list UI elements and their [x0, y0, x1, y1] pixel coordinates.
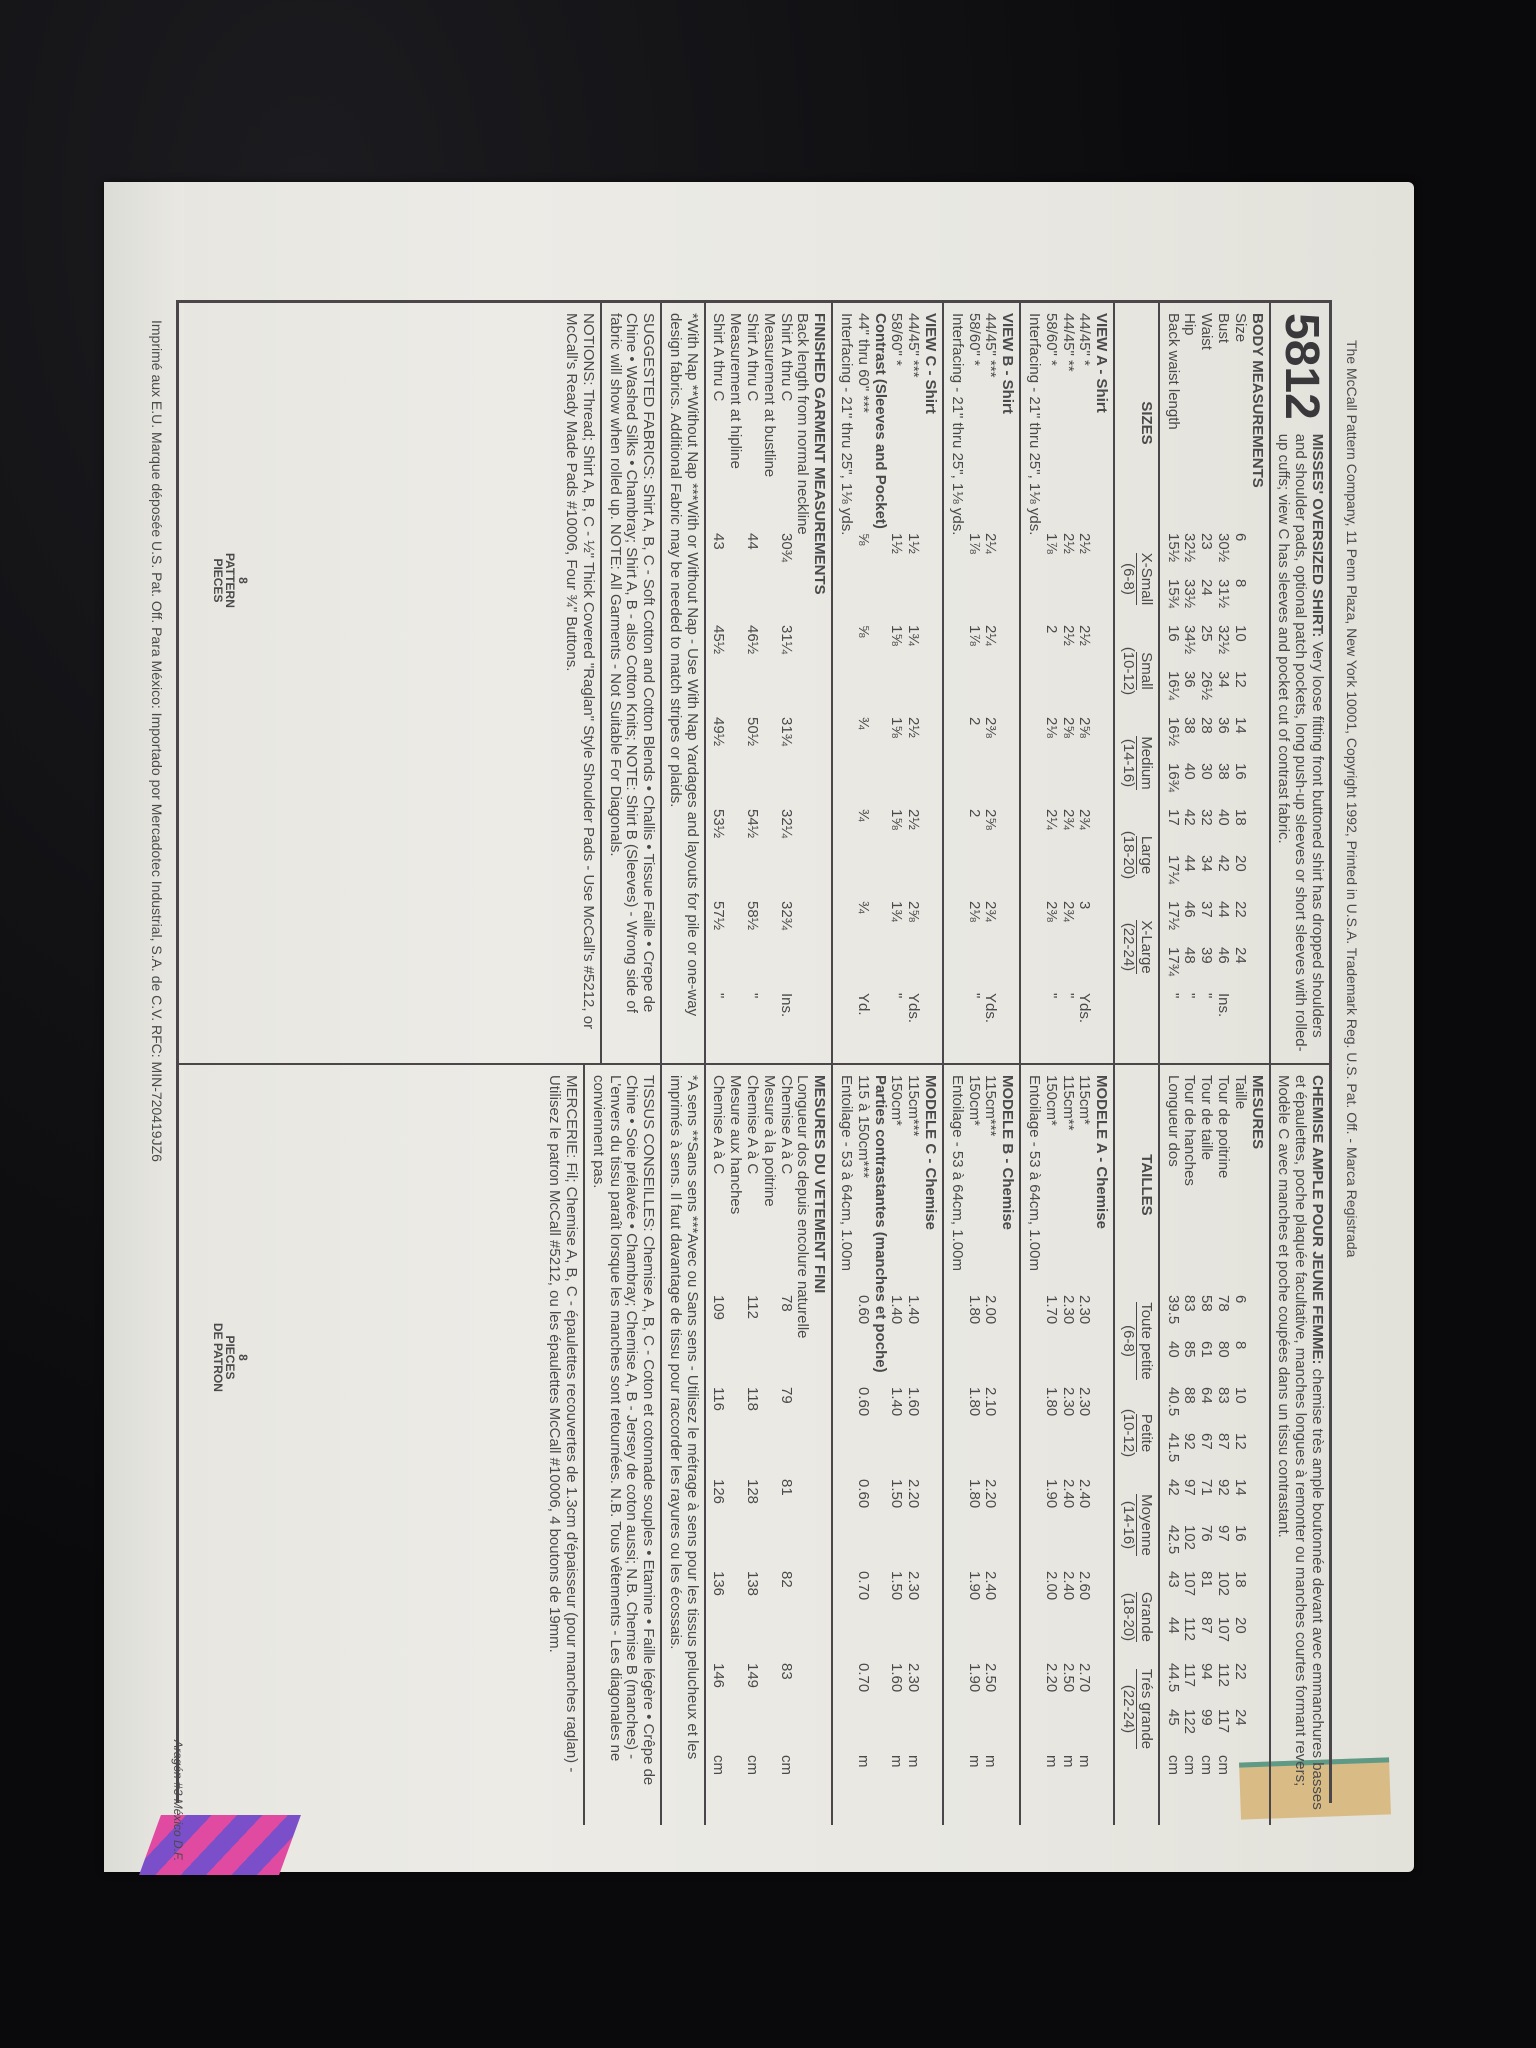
cell-value: 0.60 [854, 1479, 871, 1571]
cell-value: 12 [1231, 1433, 1248, 1479]
cell-value: 1.60 [888, 1663, 905, 1755]
cell-value: 92 [1181, 1433, 1198, 1479]
fr-modele-c: MODELE C - Chemise115cm***1.401.602.202.… [831, 1065, 942, 1825]
cell-value: 36 [1181, 671, 1198, 717]
view-heading: VIEW B - Shirt [998, 313, 1015, 1053]
view-heading: VIEW A - Shirt [1092, 313, 1109, 1053]
cell-value: 8 [1231, 1341, 1248, 1387]
cell-value: 2⅝ [1059, 717, 1076, 809]
interfacing-note: Entoilage - 53 à 64cm, 1.00m [1025, 1075, 1042, 1815]
interfacing-note: Interfacing - 21" thru 25", 1⅛ yds. [948, 313, 965, 1053]
cell-value: 44 [1214, 901, 1231, 947]
cell-unit: " [1042, 993, 1059, 1033]
cell-value: 64 [1197, 1387, 1214, 1433]
cell-value: 118 [743, 1387, 760, 1479]
cell-value: 85 [1181, 1341, 1198, 1387]
finished-label: Back length from normal neckline [794, 313, 811, 1053]
cell-value: 138 [743, 1571, 760, 1663]
cell-unit: " [1164, 993, 1181, 1033]
cell-value: 25 [1197, 625, 1214, 671]
interfacing-note: Interfacing - 21" thru 25", 1⅛ yds. [1025, 313, 1042, 1053]
cell-value: 31¾ [777, 717, 794, 809]
cell-value: 0.60 [854, 1295, 871, 1387]
cell-value: 78 [777, 1295, 794, 1387]
cell-unit: Yds. [904, 993, 921, 1033]
cell-value: 40.5 [1164, 1387, 1181, 1433]
en-view-a: VIEW A - Shirt44/45" *2½2½2⅝2¾3Yds.44/45… [1019, 303, 1113, 1063]
size-group: X-Large(22-24) [1119, 901, 1154, 993]
cell-value: 2⅝ [1076, 717, 1093, 809]
cell-value: 2.50 [982, 1663, 999, 1755]
contrast-label: Contrast (Sleeves and Pocket) [871, 313, 888, 1053]
fr-title: CHEMISE AMPLE POUR JEUNE FEMME: [1309, 1075, 1326, 1364]
cell-value: 1⅞ [965, 625, 982, 717]
cell-value: 16¼ [1164, 671, 1181, 717]
cell-unit [1231, 993, 1248, 1033]
row-label: Hip [1181, 313, 1198, 533]
view-heading: MODELE B - Chemise [998, 1075, 1015, 1815]
cell-unit: " [888, 993, 905, 1033]
size-group: Trés grande(22-24) [1119, 1663, 1154, 1755]
fr-header: CHEMISE AMPLE POUR JEUNE FEMME: chemise … [1269, 1065, 1329, 1825]
cell-value: 16¾ [1164, 763, 1181, 809]
cell-value: 1.50 [888, 1571, 905, 1663]
interfacing-note: Interfacing - 21" thru 25", 1⅛ yds. [837, 313, 854, 1053]
row-label: 150cm* [1042, 1075, 1059, 1295]
cell-value: 1.80 [965, 1295, 982, 1387]
cell-value: 2¾ [1059, 809, 1076, 901]
cell-value: 42 [1164, 1479, 1181, 1525]
cell-value: 107 [1181, 1571, 1198, 1617]
cell-value: 17¼ [1164, 855, 1181, 901]
cell-unit: m [1042, 1755, 1059, 1795]
cell-value: 18 [1231, 809, 1248, 855]
cell-value: 45½ [710, 625, 727, 717]
row-label: Shirt A thru C [743, 313, 760, 533]
cell-value: 14 [1231, 1479, 1248, 1525]
cell-value: 1.80 [965, 1479, 982, 1571]
cell-value: 2.10 [982, 1387, 999, 1479]
cell-value: 42.5 [1164, 1525, 1181, 1571]
fr-nap-note: *A sens **Sans sens ***Avec ou Sans sens… [660, 1065, 704, 1825]
row-label: Tour de hanches [1181, 1075, 1198, 1295]
cell-value: 39.5 [1164, 1295, 1181, 1341]
cell-value: 2½ [1059, 533, 1076, 625]
cell-value: 17½ [1164, 901, 1181, 947]
cell-unit: m [888, 1755, 905, 1795]
view-heading: MODELE C - Chemise [921, 1075, 938, 1815]
cell-unit: m [854, 1755, 871, 1795]
row-label: Chemise A à C [777, 1075, 794, 1295]
cell-value: 38 [1181, 717, 1198, 763]
cell-unit: Yds. [982, 993, 999, 1033]
cell-value: 54½ [743, 809, 760, 901]
cell-value: 44.5 [1164, 1663, 1181, 1709]
cell-value: 2.30 [1076, 1387, 1093, 1479]
cell-value: 0.70 [854, 1571, 871, 1663]
size-group: Petite(10-12) [1119, 1387, 1154, 1479]
cell-value: 36 [1214, 717, 1231, 763]
cell-value: 24 [1197, 579, 1214, 625]
cell-value: 15½ [1164, 533, 1181, 579]
size-group: Moyenne(14-16) [1119, 1479, 1154, 1571]
cell-unit: " [1197, 993, 1214, 1033]
cell-value: 2.20 [904, 1479, 921, 1571]
body-measurements-heading: BODY MEASUREMENTS [1248, 313, 1265, 1053]
cell-value: 0.70 [854, 1663, 871, 1755]
finished-label: Mesure à la poitrine [760, 1075, 777, 1815]
row-label: Chemise A à C [743, 1075, 760, 1295]
cell-unit: cm [777, 1755, 794, 1795]
cell-value: 2.30 [904, 1663, 921, 1755]
cell-value: 57½ [710, 901, 727, 993]
french-column: CHEMISE AMPLE POUR JEUNE FEMME: chemise … [179, 1063, 1329, 1825]
en-fabrics: SUGGESTED FABRICS: Shirt A, B, C - Soft … [600, 303, 660, 1063]
cell-value: 102 [1214, 1571, 1231, 1617]
rotated-pattern-back: The McCall Pattern Company, 11 Penn Plaz… [180, 340, 1360, 1880]
cell-value: 58½ [743, 901, 760, 993]
cell-unit: cm [710, 1755, 727, 1795]
row-label: Back waist length [1164, 313, 1181, 533]
cell-value: 67 [1197, 1433, 1214, 1479]
cell-value: 1.70 [1042, 1295, 1059, 1387]
cell-value: 112 [1214, 1663, 1231, 1709]
cell-value: 26½ [1197, 671, 1214, 717]
cell-value: 16 [1231, 1525, 1248, 1571]
cell-value: 16½ [1164, 717, 1181, 763]
cell-value: 8 [1231, 579, 1248, 625]
cell-value: 112 [743, 1295, 760, 1387]
finished-label: Mesure aux hanches [727, 1075, 744, 1815]
cell-value: 2½ [1076, 625, 1093, 717]
fr-tailles: TAILLESToute petite(6-8)Petite(10-12)Moy… [1113, 1065, 1158, 1825]
cell-value: 99 [1197, 1709, 1214, 1755]
cell-value: 2.30 [904, 1571, 921, 1663]
fr-fabrics: TISSUS CONSEILLES: Chemise A, B, C - Cot… [583, 1065, 660, 1825]
cell-value: 2½ [1059, 625, 1076, 717]
cell-value: 16 [1164, 625, 1181, 671]
cell-unit [1231, 1755, 1248, 1795]
cell-value: 1.40 [904, 1295, 921, 1387]
cell-value: 2¼ [982, 533, 999, 625]
fr-mesures: MESURES Taille681012141618202224Tour de … [1158, 1065, 1269, 1825]
body-measurements-table: Size681012141618202224Bust30½31½32½34363… [1164, 313, 1248, 1053]
cell-value: 1¾ [904, 625, 921, 717]
cell-value: 18 [1231, 1571, 1248, 1617]
cell-value: 1⅝ [888, 625, 905, 717]
cell-value: 23 [1197, 533, 1214, 579]
cell-value: 10 [1231, 625, 1248, 671]
row-label: 115cm*** [982, 1075, 999, 1295]
cell-value: 78 [1214, 1295, 1231, 1341]
cell-value: 46½ [743, 625, 760, 717]
cell-value: 42 [1214, 855, 1231, 901]
cell-value: 109 [710, 1295, 727, 1387]
cell-value: 146 [710, 1663, 727, 1755]
cell-value: 1.90 [1042, 1479, 1059, 1571]
cell-value: 71 [1197, 1479, 1214, 1525]
cell-value: 3 [1076, 901, 1093, 993]
cell-value: 44 [1181, 855, 1198, 901]
cell-value: 1⅝ [888, 809, 905, 901]
cell-value: 1½ [904, 533, 921, 625]
cell-value: 87 [1214, 1433, 1231, 1479]
cell-value: 49½ [710, 717, 727, 809]
cell-value: 6 [1231, 533, 1248, 579]
cell-value: 40 [1214, 809, 1231, 855]
cell-value: 2.70 [1076, 1663, 1093, 1755]
cell-unit: cm [1164, 1755, 1181, 1795]
en-view-c: VIEW C - Shirt44/45" ***1½1¾2½2½2⅝Yds.58… [831, 303, 942, 1063]
cell-value: 44 [1164, 1617, 1181, 1663]
interfacing-note: Entoilage - 53 à 64cm, 1.00m [837, 1075, 854, 1815]
cell-value: 83 [1214, 1387, 1231, 1433]
cell-value: 81 [777, 1479, 794, 1571]
cell-value: 12 [1231, 671, 1248, 717]
cell-value: 2.50 [1059, 1663, 1076, 1755]
cell-value: 2⅝ [982, 809, 999, 901]
en-pattern-pieces: 8 PATTERN PIECES [211, 553, 249, 608]
row-label: Shirt A thru C [777, 313, 794, 533]
cell-value: 2.40 [982, 1571, 999, 1663]
cell-value: 37 [1197, 901, 1214, 947]
row-label: 44/45" *** [982, 313, 999, 533]
row-label: 44/45" ** [1059, 313, 1076, 533]
cell-value: 38 [1214, 763, 1231, 809]
cell-value: 44 [743, 533, 760, 625]
cell-value: 31¼ [777, 625, 794, 717]
row-label: 115cm** [1059, 1075, 1076, 1295]
cell-value: 6 [1231, 1295, 1248, 1341]
cell-unit: " [710, 993, 727, 1033]
row-label: Size [1231, 313, 1248, 533]
cell-value: 45 [1164, 1709, 1181, 1755]
finished-heading: MESURES DU VETEMENT FINI [810, 1075, 827, 1815]
fr-finished: MESURES DU VETEMENT FINILongueur dos dep… [704, 1065, 832, 1825]
cell-value: 2 [965, 809, 982, 901]
finished-label: Measurement at hipline [727, 313, 744, 1053]
contrast-label: Parties contrastantes (manches et poche) [871, 1075, 888, 1815]
cell-unit: m [982, 1755, 999, 1795]
cell-value: 20 [1231, 855, 1248, 901]
en-header: 5812 MISSES' OVERSIZED SHIRT: Very loose… [1269, 303, 1329, 1063]
row-label: Shirt A thru C [710, 313, 727, 533]
footer-legal: Imprimé aux E.U. Marque déposée U.S. Pat… [149, 320, 165, 1720]
row-label: Tour de taille [1197, 1075, 1214, 1295]
en-notions: NOTIONS: Thread; Shirt A, B, C - ½" Thic… [558, 303, 600, 1063]
cell-unit: cm [1197, 1755, 1214, 1795]
cell-value: 2.30 [1059, 1295, 1076, 1387]
row-label: 115cm* [1076, 1075, 1093, 1295]
english-column: 5812 MISSES' OVERSIZED SHIRT: Very loose… [179, 303, 1329, 1063]
cell-value: 2½ [1076, 533, 1093, 625]
cell-value: 2⅛ [965, 901, 982, 993]
cell-value: 32¼ [777, 809, 794, 901]
cell-value: 46 [1181, 901, 1198, 947]
en-title: MISSES' OVERSIZED SHIRT: [1309, 434, 1326, 638]
interfacing-note: Entoilage - 53 à 64cm, 1.00m [948, 1075, 965, 1815]
cell-unit: m [1076, 1755, 1093, 1795]
cell-value: 48 [1181, 947, 1198, 993]
cell-value: 122 [1181, 1709, 1198, 1755]
row-label: Waist [1197, 313, 1214, 533]
cell-value: 42 [1181, 809, 1198, 855]
size-group: Medium(14-16) [1119, 717, 1154, 809]
cell-unit: cm [743, 1755, 760, 1795]
cell-value: 2.20 [982, 1479, 999, 1571]
size-group: Toute petite(6-8) [1119, 1295, 1154, 1387]
cell-value: ¾ [854, 809, 871, 901]
cell-value: 2.60 [1076, 1571, 1093, 1663]
cell-value: ⅝ [854, 533, 871, 625]
view-heading: MODELE A - Chemise [1092, 1075, 1109, 1815]
row-label: 44" thru 60" *** [854, 313, 871, 533]
cell-value: 40 [1164, 1341, 1181, 1387]
en-view-b: VIEW B - Shirt44/45" ***2¼2¼2⅜2⅝2¾Yds.58… [942, 303, 1019, 1063]
cell-value: 2.30 [1076, 1295, 1093, 1387]
cell-value: 2⅝ [904, 901, 921, 993]
cell-value: 2⅜ [1042, 901, 1059, 993]
cell-value: 94 [1197, 1663, 1214, 1709]
cell-value: 0.60 [854, 1387, 871, 1479]
cell-value: 22 [1231, 1663, 1248, 1709]
cell-value: 24 [1231, 947, 1248, 993]
cell-value: 2¾ [1059, 901, 1076, 993]
cell-value: 87 [1197, 1617, 1214, 1663]
fr-notions: MERCERIE: Fil; Chemise A, B, C - épaulet… [541, 1065, 583, 1825]
finished-label: Longueur dos depuis encolure naturelle [794, 1075, 811, 1815]
cell-value: 116 [710, 1387, 727, 1479]
cell-value: 34 [1214, 671, 1231, 717]
row-label: Tour de poitrine [1214, 1075, 1231, 1295]
cell-value: 2.30 [1059, 1387, 1076, 1479]
cell-value: 2.40 [1076, 1479, 1093, 1571]
footer-address: Aragón #3 México D.F. [171, 1740, 185, 1861]
fr-pattern-pieces: 8 PIECES DE PATRON [211, 1323, 249, 1392]
cell-value: 1.90 [965, 1571, 982, 1663]
cell-value: 2¼ [1042, 809, 1059, 901]
cell-value: 2½ [904, 717, 921, 809]
size-group: Large(18-20) [1119, 809, 1154, 901]
cell-value: 30½ [1214, 533, 1231, 579]
size-group: Grande(18-20) [1119, 1571, 1154, 1663]
envelope-flap [104, 182, 184, 1872]
cell-value: 2.40 [1059, 1479, 1076, 1571]
cell-value: 83 [777, 1663, 794, 1755]
cell-value: 33½ [1181, 579, 1198, 625]
en-sizes: SIZESX-Small(6-8)Small(10-12)Medium(14-1… [1113, 303, 1158, 1063]
cell-value: 1.80 [1042, 1387, 1059, 1479]
cell-value: 2 [965, 717, 982, 809]
cell-unit: Yd. [854, 993, 871, 1033]
cell-value: 2.00 [982, 1295, 999, 1387]
cell-value: 2.00 [1042, 1571, 1059, 1663]
row-label: 150cm* [888, 1075, 905, 1295]
cell-value: 1.50 [888, 1479, 905, 1571]
copyright-line: The McCall Pattern Company, 11 Penn Plaz… [1344, 340, 1360, 1740]
cell-value: ¾ [854, 901, 871, 993]
cell-value: 32 [1197, 809, 1214, 855]
cell-value: 128 [743, 1479, 760, 1571]
size-group: Small(10-12) [1119, 625, 1154, 717]
cell-value: 82 [777, 1571, 794, 1663]
finished-label: Measurement at bustline [760, 313, 777, 1053]
cell-value: 97 [1214, 1525, 1231, 1571]
cell-value: 50½ [743, 717, 760, 809]
cell-unit: Yds. [1076, 993, 1093, 1033]
cell-value: 1⅞ [965, 533, 982, 625]
cell-value: 15¾ [1164, 579, 1181, 625]
cell-value: 92 [1214, 1479, 1231, 1525]
cell-value: 10 [1231, 1387, 1248, 1433]
en-finished: FINISHED GARMENT MEASUREMENTSBack length… [704, 303, 832, 1063]
cell-value: 112 [1181, 1617, 1198, 1663]
cell-value: 81 [1197, 1571, 1214, 1617]
cell-unit: m [965, 1755, 982, 1795]
cell-value: 17¾ [1164, 947, 1181, 993]
cell-value: 97 [1181, 1479, 1198, 1525]
row-label: Chemise A à C [710, 1075, 727, 1295]
cell-value: 117 [1181, 1663, 1198, 1709]
cell-value: 136 [710, 1571, 727, 1663]
cell-value: 1⅞ [1042, 533, 1059, 625]
cell-value: 22 [1231, 901, 1248, 947]
cell-value: 1⅝ [888, 717, 905, 809]
cell-value: 30 [1197, 763, 1214, 809]
en-body-measurements: BODY MEASUREMENTS Size681012141618202224… [1158, 303, 1269, 1063]
cell-value: 43 [1164, 1571, 1181, 1617]
sizes-label: SIZES [1119, 313, 1154, 533]
cell-value: 53½ [710, 809, 727, 901]
cell-value: 1.90 [965, 1663, 982, 1755]
cell-unit: " [965, 993, 982, 1033]
cell-value: 28 [1197, 717, 1214, 763]
content-frame: 5812 MISSES' OVERSIZED SHIRT: Very loose… [176, 300, 1332, 1803]
cell-value: 16 [1231, 763, 1248, 809]
cell-value: 40 [1181, 763, 1198, 809]
cell-unit: " [1181, 993, 1198, 1033]
row-label: Taille [1231, 1075, 1248, 1295]
row-label: 44/45" * [1076, 313, 1093, 533]
cell-value: 2⅜ [982, 717, 999, 809]
pattern-number: 5812 [1277, 313, 1325, 420]
cell-value: 58 [1197, 1295, 1214, 1341]
cell-value: 1.60 [904, 1387, 921, 1479]
cell-value: 20 [1231, 1617, 1248, 1663]
cell-value: 2.40 [1059, 1571, 1076, 1663]
cell-value: 1.80 [965, 1387, 982, 1479]
cell-value: 83 [1181, 1295, 1198, 1341]
cell-unit: cm [1214, 1755, 1231, 1795]
fr-modele-a: MODELE A - Chemise115cm*2.302.302.402.60… [1019, 1065, 1113, 1825]
row-label: 58/60" * [965, 313, 982, 533]
fr-modele-b: MODELE B - Chemise115cm***2.002.102.202.… [942, 1065, 1019, 1825]
cell-value: 1¾ [888, 901, 905, 993]
cell-value: 31½ [1214, 579, 1231, 625]
cell-value: 32½ [1181, 533, 1198, 579]
row-label: Longueur dos [1164, 1075, 1181, 1295]
row-label: 58/60" * [888, 313, 905, 533]
cell-value: 1½ [888, 533, 905, 625]
cell-unit: " [1059, 993, 1076, 1033]
cell-value: 2½ [904, 809, 921, 901]
cell-value: ⅝ [854, 625, 871, 717]
cell-value: 2¾ [1076, 809, 1093, 901]
row-label: Bust [1214, 313, 1231, 533]
row-label: 150cm* [965, 1075, 982, 1295]
cell-unit: m [1059, 1755, 1076, 1795]
sizes-label: TAILLES [1119, 1075, 1154, 1295]
